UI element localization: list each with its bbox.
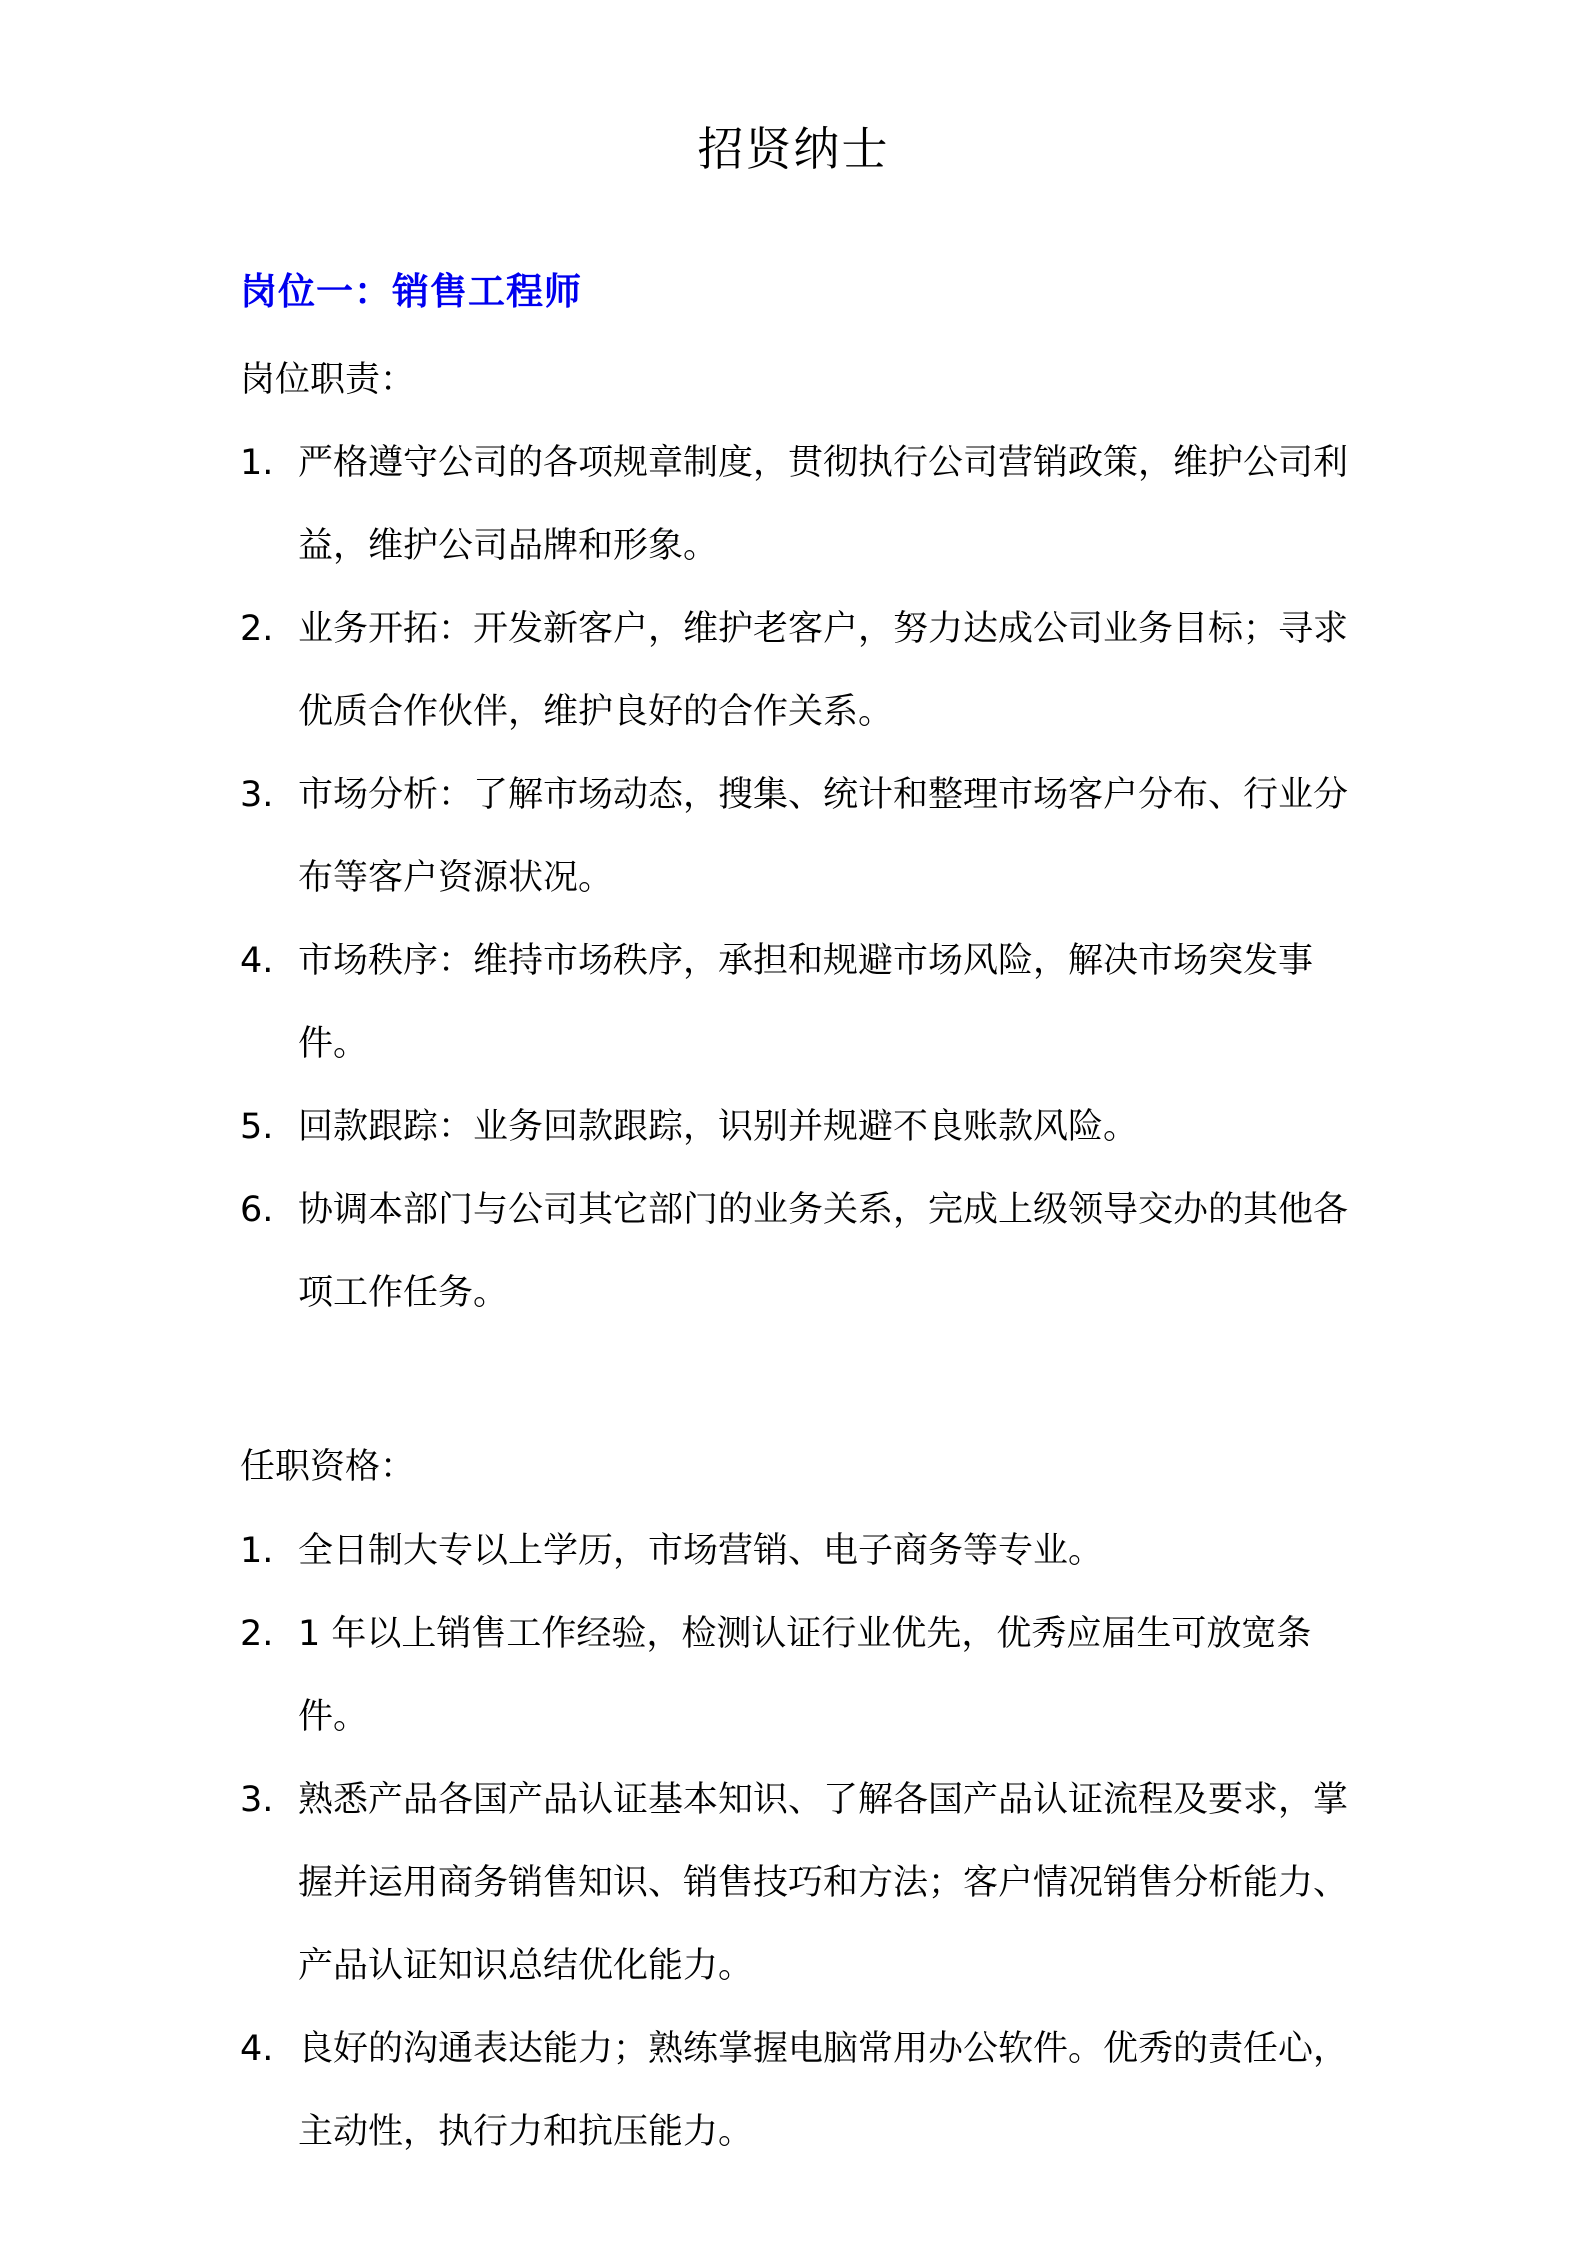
list-item: 2. 业务开拓：开发新客户，维护老客户，努力达成公司业务目标；寻求优质合作伙伴，… xyxy=(240,588,1360,754)
list-item: 4. 良好的沟通表达能力；熟练掌握电脑常用办公软件。优秀的责任心，主动性，执行力… xyxy=(240,2008,1360,2174)
list-number: 1. xyxy=(240,1510,298,1593)
qualifications-list: 1. 全日制大专以上学历，市场营销、电子商务等专业。 2. 1 年以上销售工作经… xyxy=(240,1510,1360,2174)
list-number: 2. xyxy=(240,1593,298,1676)
position-heading: 岗位一：销售工程师 xyxy=(240,266,582,318)
list-text: 业务开拓：开发新客户，维护老客户，努力达成公司业务目标；寻求优质合作伙伴，维护良… xyxy=(298,588,1360,754)
list-number: 3. xyxy=(240,754,298,837)
list-item: 4. 市场秩序：维持市场秩序，承担和规避市场风险，解决市场突发事件。 xyxy=(240,920,1360,1086)
list-number: 1. xyxy=(240,422,298,505)
qualifications-label: 任职资格： xyxy=(240,1442,415,1492)
list-item: 5. 回款跟踪：业务回款跟踪，识别并规避不良账款风险。 xyxy=(240,1086,1360,1169)
list-item: 1. 严格遵守公司的各项规章制度，贯彻执行公司营销政策，维护公司利益，维护公司品… xyxy=(240,422,1360,588)
list-item: 3. 市场分析：了解市场动态，搜集、统计和整理市场客户分布、行业分布等客户资源状… xyxy=(240,754,1360,920)
list-text: 市场秩序：维持市场秩序，承担和规避市场风险，解决市场突发事件。 xyxy=(298,920,1360,1086)
list-item: 1. 全日制大专以上学历，市场营销、电子商务等专业。 xyxy=(240,1510,1360,1593)
list-number: 4. xyxy=(240,2008,298,2091)
list-item: 2. 1 年以上销售工作经验，检测认证行业优先，优秀应届生可放宽条件。 xyxy=(240,1593,1360,1759)
list-text: 市场分析：了解市场动态，搜集、统计和整理市场客户分布、行业分布等客户资源状况。 xyxy=(298,754,1360,920)
list-text: 1 年以上销售工作经验，检测认证行业优先，优秀应届生可放宽条件。 xyxy=(298,1593,1360,1759)
list-number: 5. xyxy=(240,1086,298,1169)
page-title: 招贤纳士 xyxy=(0,119,1587,179)
list-text: 严格遵守公司的各项规章制度，贯彻执行公司营销政策，维护公司利益，维护公司品牌和形… xyxy=(298,422,1360,588)
list-text: 全日制大专以上学历，市场营销、电子商务等专业。 xyxy=(298,1510,1360,1593)
responsibilities-list: 1. 严格遵守公司的各项规章制度，贯彻执行公司营销政策，维护公司利益，维护公司品… xyxy=(240,422,1360,1335)
list-text: 良好的沟通表达能力；熟练掌握电脑常用办公软件。优秀的责任心，主动性，执行力和抗压… xyxy=(298,2008,1360,2174)
list-item: 6. 协调本部门与公司其它部门的业务关系，完成上级领导交办的其他各项工作任务。 xyxy=(240,1169,1360,1335)
list-number: 2. xyxy=(240,588,298,671)
list-number: 3. xyxy=(240,1759,298,1842)
list-item: 3. 熟悉产品各国产品认证基本知识、了解各国产品认证流程及要求，掌握并运用商务销… xyxy=(240,1759,1360,2008)
list-number: 6. xyxy=(240,1169,298,1252)
list-text: 回款跟踪：业务回款跟踪，识别并规避不良账款风险。 xyxy=(298,1086,1360,1169)
list-text: 熟悉产品各国产品认证基本知识、了解各国产品认证流程及要求，掌握并运用商务销售知识… xyxy=(298,1759,1360,2008)
responsibilities-label: 岗位职责： xyxy=(240,355,415,405)
list-number: 4. xyxy=(240,920,298,1003)
list-text: 协调本部门与公司其它部门的业务关系，完成上级领导交办的其他各项工作任务。 xyxy=(298,1169,1360,1335)
